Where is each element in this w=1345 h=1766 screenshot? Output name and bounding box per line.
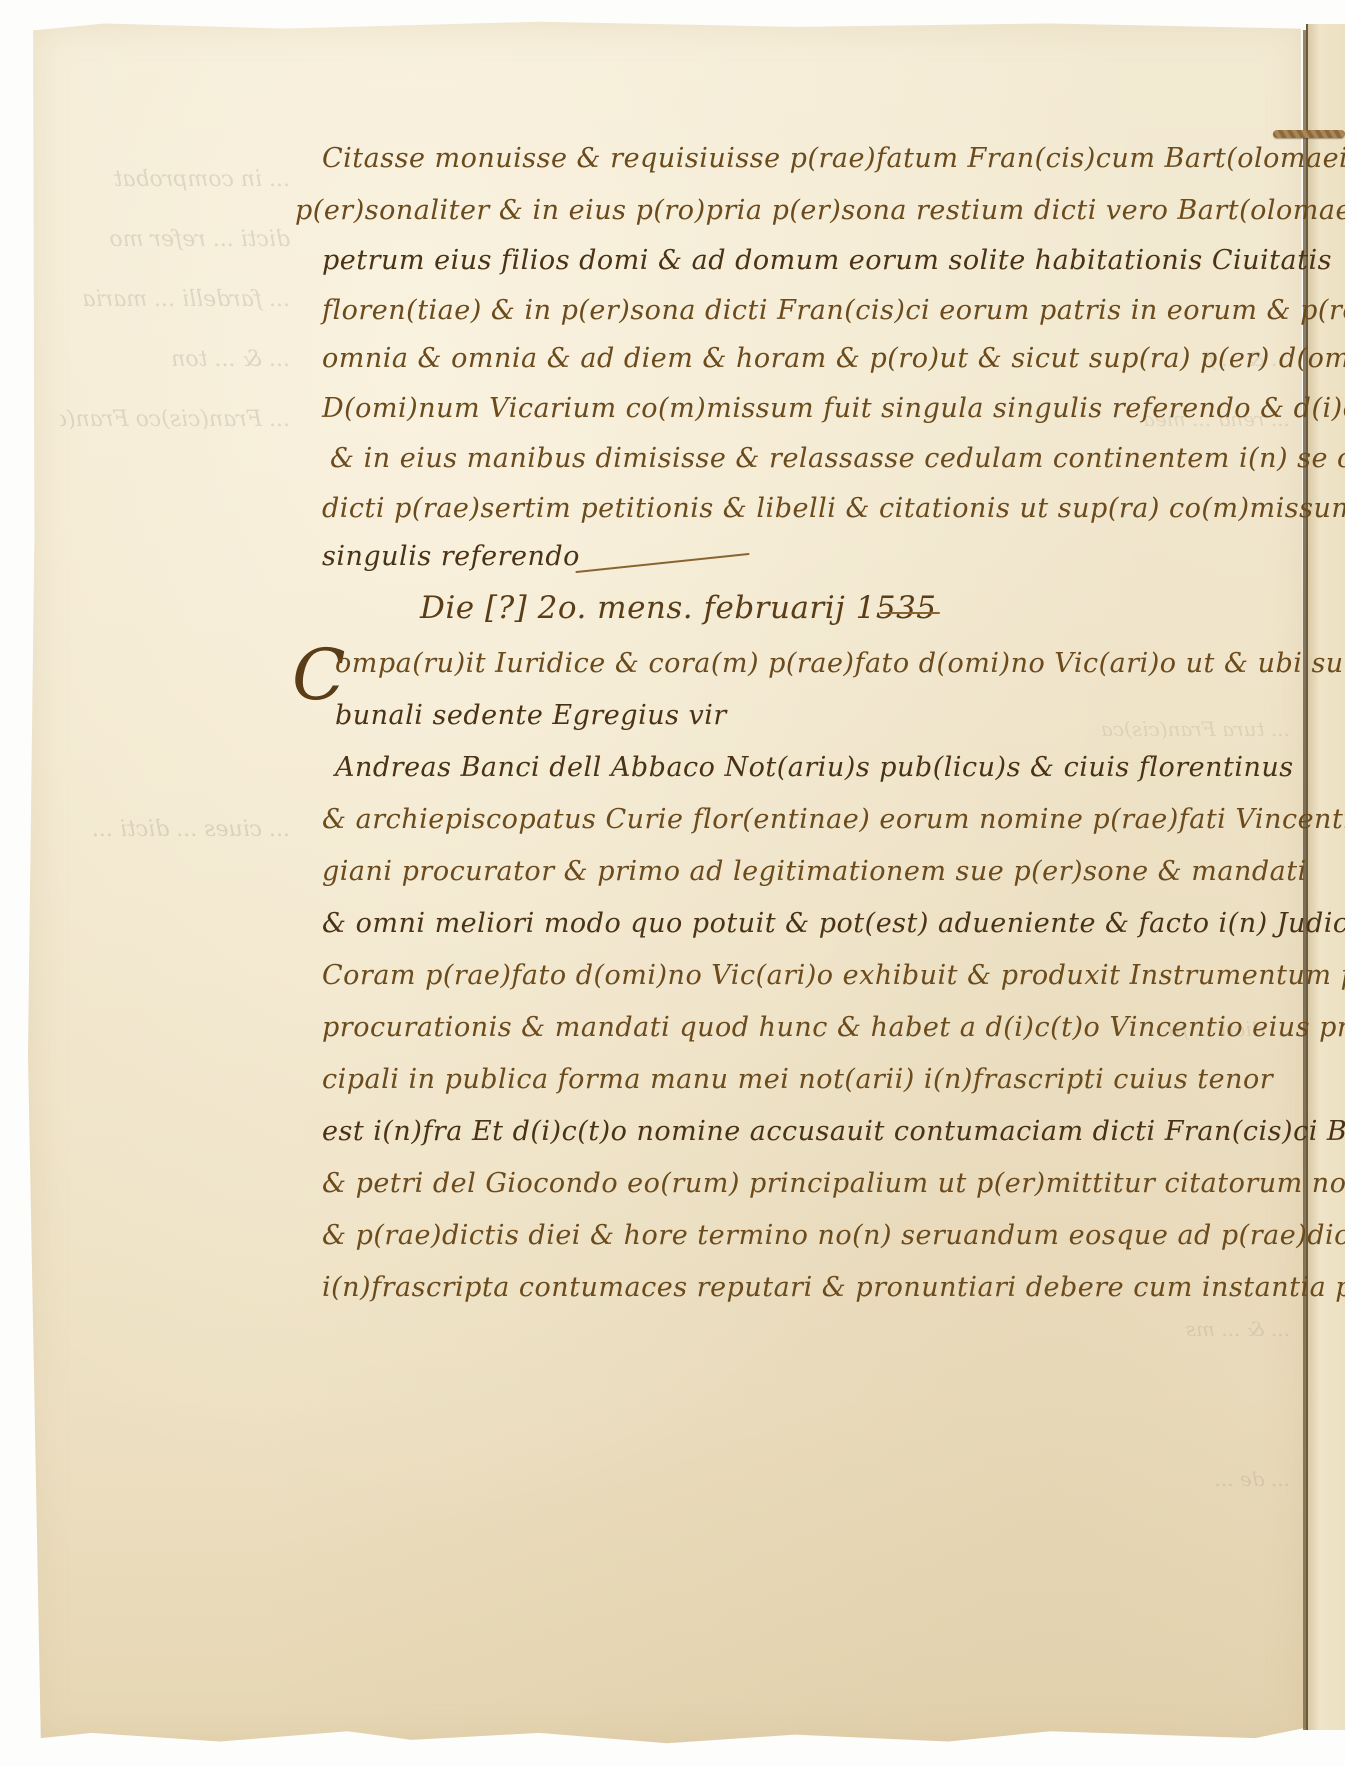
text-line: cipali in publica forma manu mei not(ari… (322, 1064, 1273, 1095)
line-filler-flourish (575, 553, 749, 573)
date-heading: Die [?] 2o. mens. februarij 1535 (420, 590, 937, 626)
text-line: bunali sedente Egregius vir (335, 700, 727, 731)
text-line: & archiepiscopatus Curie flor(entinae) e… (322, 804, 1345, 835)
handwritten-text: Citasse monuisse & requisiuisse p(rae)fa… (0, 0, 1345, 1766)
text-line: i(n)frascripta contumaces reputari & pro… (322, 1272, 1345, 1303)
text-line: Coram p(rae)fato d(omi)no Vic(ari)o exhi… (322, 960, 1345, 991)
text-line: petrum eius filios domi & ad domum eorum… (322, 245, 1332, 276)
text-line: Andreas Banci dell Abbaco Not(ariu)s pub… (335, 752, 1294, 783)
text-line: omnia & omnia & ad diem & horam & p(ro)u… (322, 343, 1345, 374)
text-line: ompa(ru)it Iuridice & cora(m) p(rae)fato… (335, 648, 1345, 679)
text-line: dicti p(rae)sertim petitionis & libelli … (322, 493, 1345, 524)
text-line: giani procurator & primo ad legitimation… (322, 856, 1307, 887)
text-line: & p(rae)dictis diei & hore termino no(n)… (322, 1220, 1345, 1251)
manuscript-scan: ... in comprobat dicti ... refer mo ... … (0, 0, 1345, 1766)
text-line: floren(tiae) & in p(er)sona dicti Fran(c… (322, 295, 1345, 326)
text-line: singulis referendo (322, 541, 580, 572)
text-line: est i(n)fra Et d(i)c(t)o nomine accusaui… (322, 1116, 1345, 1147)
text-line: procurationis & mandati quod hunc & habe… (322, 1012, 1345, 1043)
text-line: D(omi)num Vicarium co(m)missum fuit sing… (322, 393, 1345, 424)
text-line: p(er)sonaliter & in eius p(ro)pria p(er)… (295, 195, 1345, 226)
text-line: & petri del Giocondo eo(rum) principaliu… (322, 1168, 1345, 1199)
heading-flourish (880, 612, 940, 614)
text-line: Citasse monuisse & requisiuisse p(rae)fa… (322, 143, 1345, 174)
text-line: & omni meliori modo quo potuit & pot(est… (322, 908, 1345, 939)
text-line: & in eius manibus dimisisse & relassasse… (330, 443, 1345, 474)
